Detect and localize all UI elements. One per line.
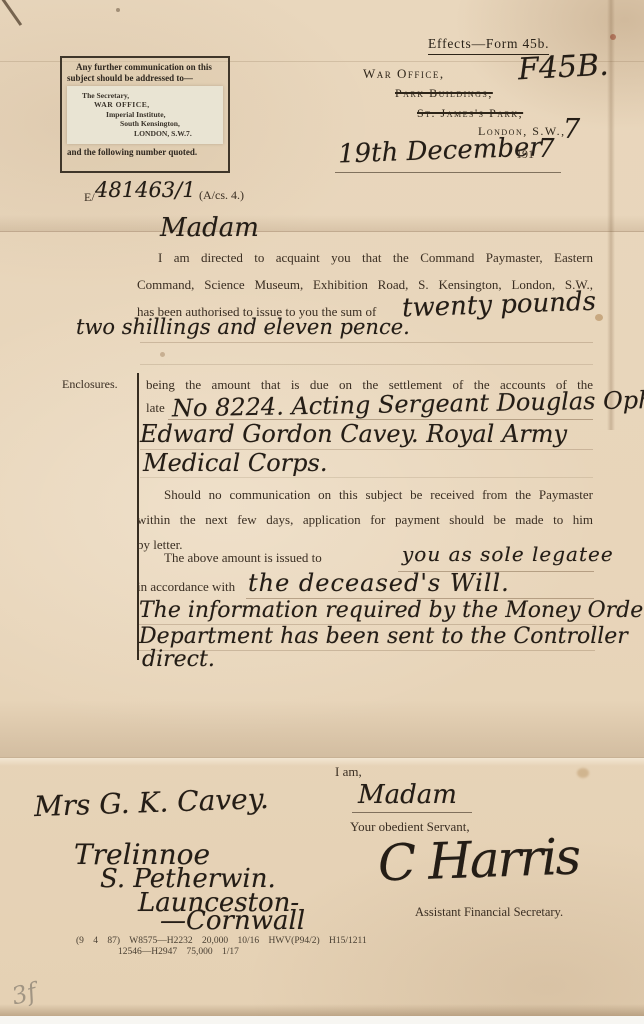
date-year-handwritten: 7 <box>538 134 555 164</box>
form-code-handwritten: F45B. <box>517 48 609 88</box>
body-paragraph-line: I am directed to acquaint you that the C… <box>158 250 593 266</box>
ruled-line <box>140 477 593 478</box>
closing-i-am: I am, <box>335 764 362 780</box>
enclosures-label: Enclosures. <box>62 377 118 392</box>
deceased-line-handwritten: Medical Corps. <box>143 449 327 477</box>
imprint-line: 12546—H2947 75,000 1/17 <box>118 947 239 957</box>
fold-crease <box>0 231 644 232</box>
struck-address-2: St. James's Park, <box>417 106 523 121</box>
reference-suffix: (A/cs. 4.) <box>199 188 244 203</box>
amount-handwritten: twenty pounds <box>402 287 597 324</box>
salutation-underline <box>352 812 472 813</box>
fold-highlight <box>0 758 644 766</box>
accordance-fill-handwritten: the deceased's Will. <box>248 569 510 597</box>
ruled-line <box>140 364 593 365</box>
district-number-handwritten: 7 <box>563 114 580 145</box>
date-printed-year: 191 <box>516 147 534 162</box>
sticker-inner-label: The Secretary, WAR OFFICE, Imperial Inst… <box>67 86 223 144</box>
war-office-line: War Office, <box>363 66 445 82</box>
fold-crease <box>0 757 644 758</box>
recipient-line-handwritten: Mrs G. K. Cavey. <box>33 782 269 823</box>
sticker-address-line: South Kensington, <box>120 119 220 128</box>
body-paragraph-line: Should no communication on this subject … <box>164 487 593 503</box>
signatory-title: Assistant Financial Secretary. <box>415 905 563 920</box>
recipient-line-handwritten: —Cornwall <box>160 906 305 936</box>
paper-bottom-edge <box>0 1004 644 1016</box>
sticker-address-line: WAR OFFICE, <box>94 100 220 109</box>
body-paragraph-line: within the next few days, application fo… <box>137 512 593 528</box>
accordance-label: in accordance with <box>137 579 235 595</box>
salutation-handwritten: Madam <box>160 213 259 243</box>
stain <box>577 768 589 778</box>
corner-fold-mark <box>0 0 22 26</box>
address-sticker: Any further communication on this subjec… <box>60 56 230 173</box>
closing-salutation-handwritten: Madam <box>358 780 457 810</box>
struck-address-1: Park Buildings, <box>395 86 493 101</box>
issued-to-label: The above amount is issued to <box>164 550 322 566</box>
date-handwritten: 19th December <box>338 132 543 169</box>
note-line-handwritten: direct. <box>142 647 215 672</box>
late-label: late <box>146 400 165 416</box>
stain <box>116 8 120 12</box>
reference-number-handwritten: 481463/1 <box>95 178 196 202</box>
sticker-address-line: LONDON, S.W.7. <box>134 129 220 138</box>
fold-shadow <box>0 215 644 231</box>
paper-sheet: Any further communication on this subjec… <box>0 0 644 1016</box>
ruled-line <box>140 342 593 343</box>
deceased-line-handwritten: Edward Gordon Cavey. Royal Army <box>140 420 567 448</box>
date-underline <box>335 172 561 173</box>
sticker-address-line: Imperial Institute, <box>106 110 220 119</box>
scanned-letter: Any further communication on this subjec… <box>0 0 644 1024</box>
amount-handwritten: two shillings and eleven pence. <box>76 315 410 339</box>
sticker-address-line: The Secretary, <box>82 91 220 100</box>
signature-handwritten: C Harris <box>377 828 580 893</box>
reference-prefix: E/ <box>84 190 95 205</box>
stain <box>160 352 165 357</box>
sticker-outro: and the following number quoted. <box>67 147 223 157</box>
note-line-handwritten: Department has been sent to the Controll… <box>139 624 628 649</box>
fold-shadow <box>0 700 644 757</box>
pencil-mark: 3f <box>9 977 39 1010</box>
imprint-line: (9 4 87) W8575—H2232 20,000 10/16 HWV(P9… <box>76 936 367 946</box>
issued-to-fill-handwritten: you as sole legatee <box>402 542 614 566</box>
note-line-handwritten: The information required by the Money Or… <box>139 598 644 623</box>
sticker-intro: Any further communication on this subjec… <box>67 62 223 84</box>
